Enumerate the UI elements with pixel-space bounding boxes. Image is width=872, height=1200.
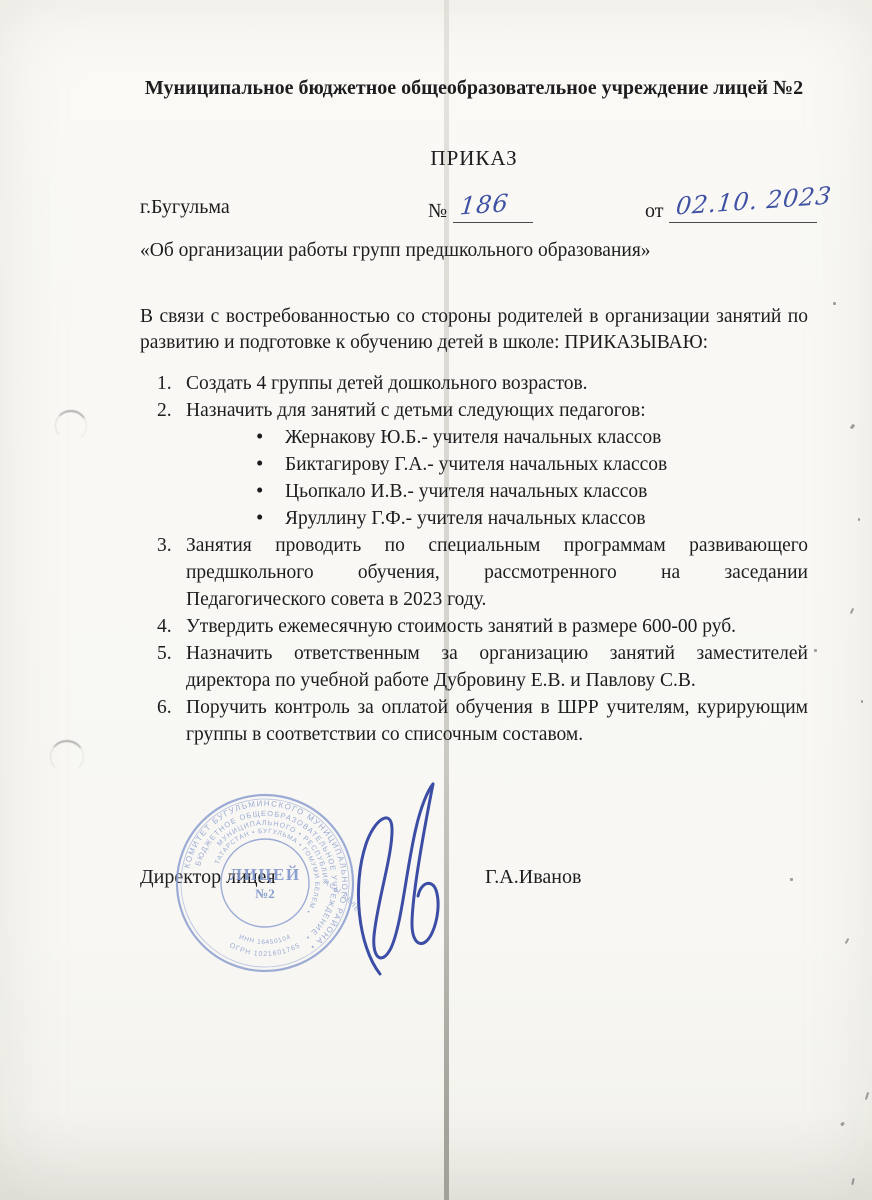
order-item-line: предшкольного обучения, рассмотренного н… [186,559,808,586]
order-date-blank: 02.10. 2023 [669,196,817,223]
order-date-group: от02.10. 2023 [645,196,817,223]
signer-name: Г.А.Иванов [485,866,581,889]
organization-name: Муниципальное бюджетное общеобразователь… [140,76,808,100]
scan-speckle [850,424,856,430]
scan-speckle [845,938,850,944]
teacher-name: Цьопкало И.В.- учителя начальных классов [285,481,647,502]
item-number: 5. [157,640,172,667]
item-number: 4. [157,613,172,640]
scan-speckle [858,518,860,521]
order-item-line: Поручить контроль за оплатой обучения в … [186,694,808,721]
order-items-list: 1. Создать 4 группы детей дошкольного во… [140,370,808,748]
item-number: 2. [157,397,172,424]
order-item-2: 2. Назначить для занятий с детьми следую… [140,397,808,424]
signature-stroke [412,784,438,944]
teacher-bullet-item: • Биктагирову Г.А.- учителя начальных кл… [140,451,808,478]
svg-text:ИНН 16450104: ИНН 16450104 [238,933,292,946]
order-item-1: 1. Создать 4 группы детей дошкольного во… [140,370,808,397]
scan-speckle [814,649,817,652]
scan-speckle [850,608,854,614]
teacher-bullet-item: • Цьопкало И.В.- учителя начальных класс… [140,478,808,505]
order-number-group: №186 [428,196,533,223]
teacher-name: Биктагирову Г.А.- учителя начальных клас… [285,454,667,475]
order-item-line: Назначить для занятий с детьми следующих… [186,397,808,424]
stamp-center-title: ЛИЦЕЙ [229,865,300,884]
handwritten-order-date: 02.10. 2023 [669,184,833,218]
document-title: ПРИКАЗ [140,146,808,171]
order-item-line: Назначить ответственным за организацию з… [186,640,808,667]
teacher-name: Жернакову Ю.Б.- учителя начальных классо… [285,427,661,448]
date-from-label: от [645,200,663,222]
signature-stroke [358,784,433,974]
punch-hole [49,739,84,773]
stamp-inn-text: ИНН 16450104 [238,933,292,946]
order-item-5: 5. Назначить ответственным за организаци… [140,640,808,694]
punch-hole [53,408,88,442]
scan-speckle [833,302,836,305]
teacher-name: Яруллину Г.Ф.- учителя начальных классов [285,508,646,529]
order-item-line: Занятия проводить по специальным програм… [186,532,808,559]
scan-speckle [790,878,793,881]
scan-speckle [865,1092,869,1100]
order-item-line: Педагогического совета в 2023 году. [186,586,808,613]
order-item-line: директора по учебной работе Дубровину Е.… [186,667,808,694]
order-subject: «Об организации работы групп предшкольно… [140,240,808,262]
order-number-blank: 186 [453,196,533,223]
item-number: 6. [157,694,172,721]
teacher-bullet-item: • Жернакову Ю.Б.- учителя начальных клас… [140,424,808,451]
city-label: г.Бугульма [140,196,230,219]
bullet-icon: • [256,423,263,450]
scan-bottom-shadow [0,1110,872,1200]
stamp-center-number: №2 [255,886,275,901]
bullet-icon: • [256,504,263,531]
bullet-icon: • [256,477,263,504]
order-item-line: Создать 4 группы детей дошкольного возра… [186,370,808,397]
item-number: 1. [157,370,172,397]
number-sign-label: № [428,200,447,222]
scanned-order-page: Муниципальное бюджетное общеобразователь… [0,0,872,1200]
director-signature [346,778,461,983]
preamble: В связи с востребованностью со стороны р… [140,304,808,356]
order-item-line: Утвердить ежемесячную стоимость занятий … [186,613,808,640]
official-round-stamp: КОМИТЕТ БУГУЛЬМИНСКОГО МУНИЦИПАЛЬНОГО РА… [172,790,358,976]
preamble-line: В связи с востребованностью со стороны р… [140,304,808,330]
order-item-6: 6. Поручить контроль за оплатой обучения… [140,694,808,748]
order-item-3: 3. Занятия проводить по специальным прог… [140,532,808,613]
requisites-row: г.Бугульма №186 от02.10. 2023 [140,192,830,236]
item-number: 3. [157,532,172,559]
teacher-bullet-item: • Яруллину Г.Ф.- учителя начальных класс… [140,505,808,532]
handwritten-order-number: 186 [453,192,510,218]
order-item-4: 4. Утвердить ежемесячную стоимость занят… [140,613,808,640]
bullet-icon: • [256,450,263,477]
preamble-line: развитию и подготовке к обучению детей в… [140,330,808,356]
scan-speckle [861,700,863,703]
order-item-line: группы в соответствии со списочным соста… [186,721,808,748]
